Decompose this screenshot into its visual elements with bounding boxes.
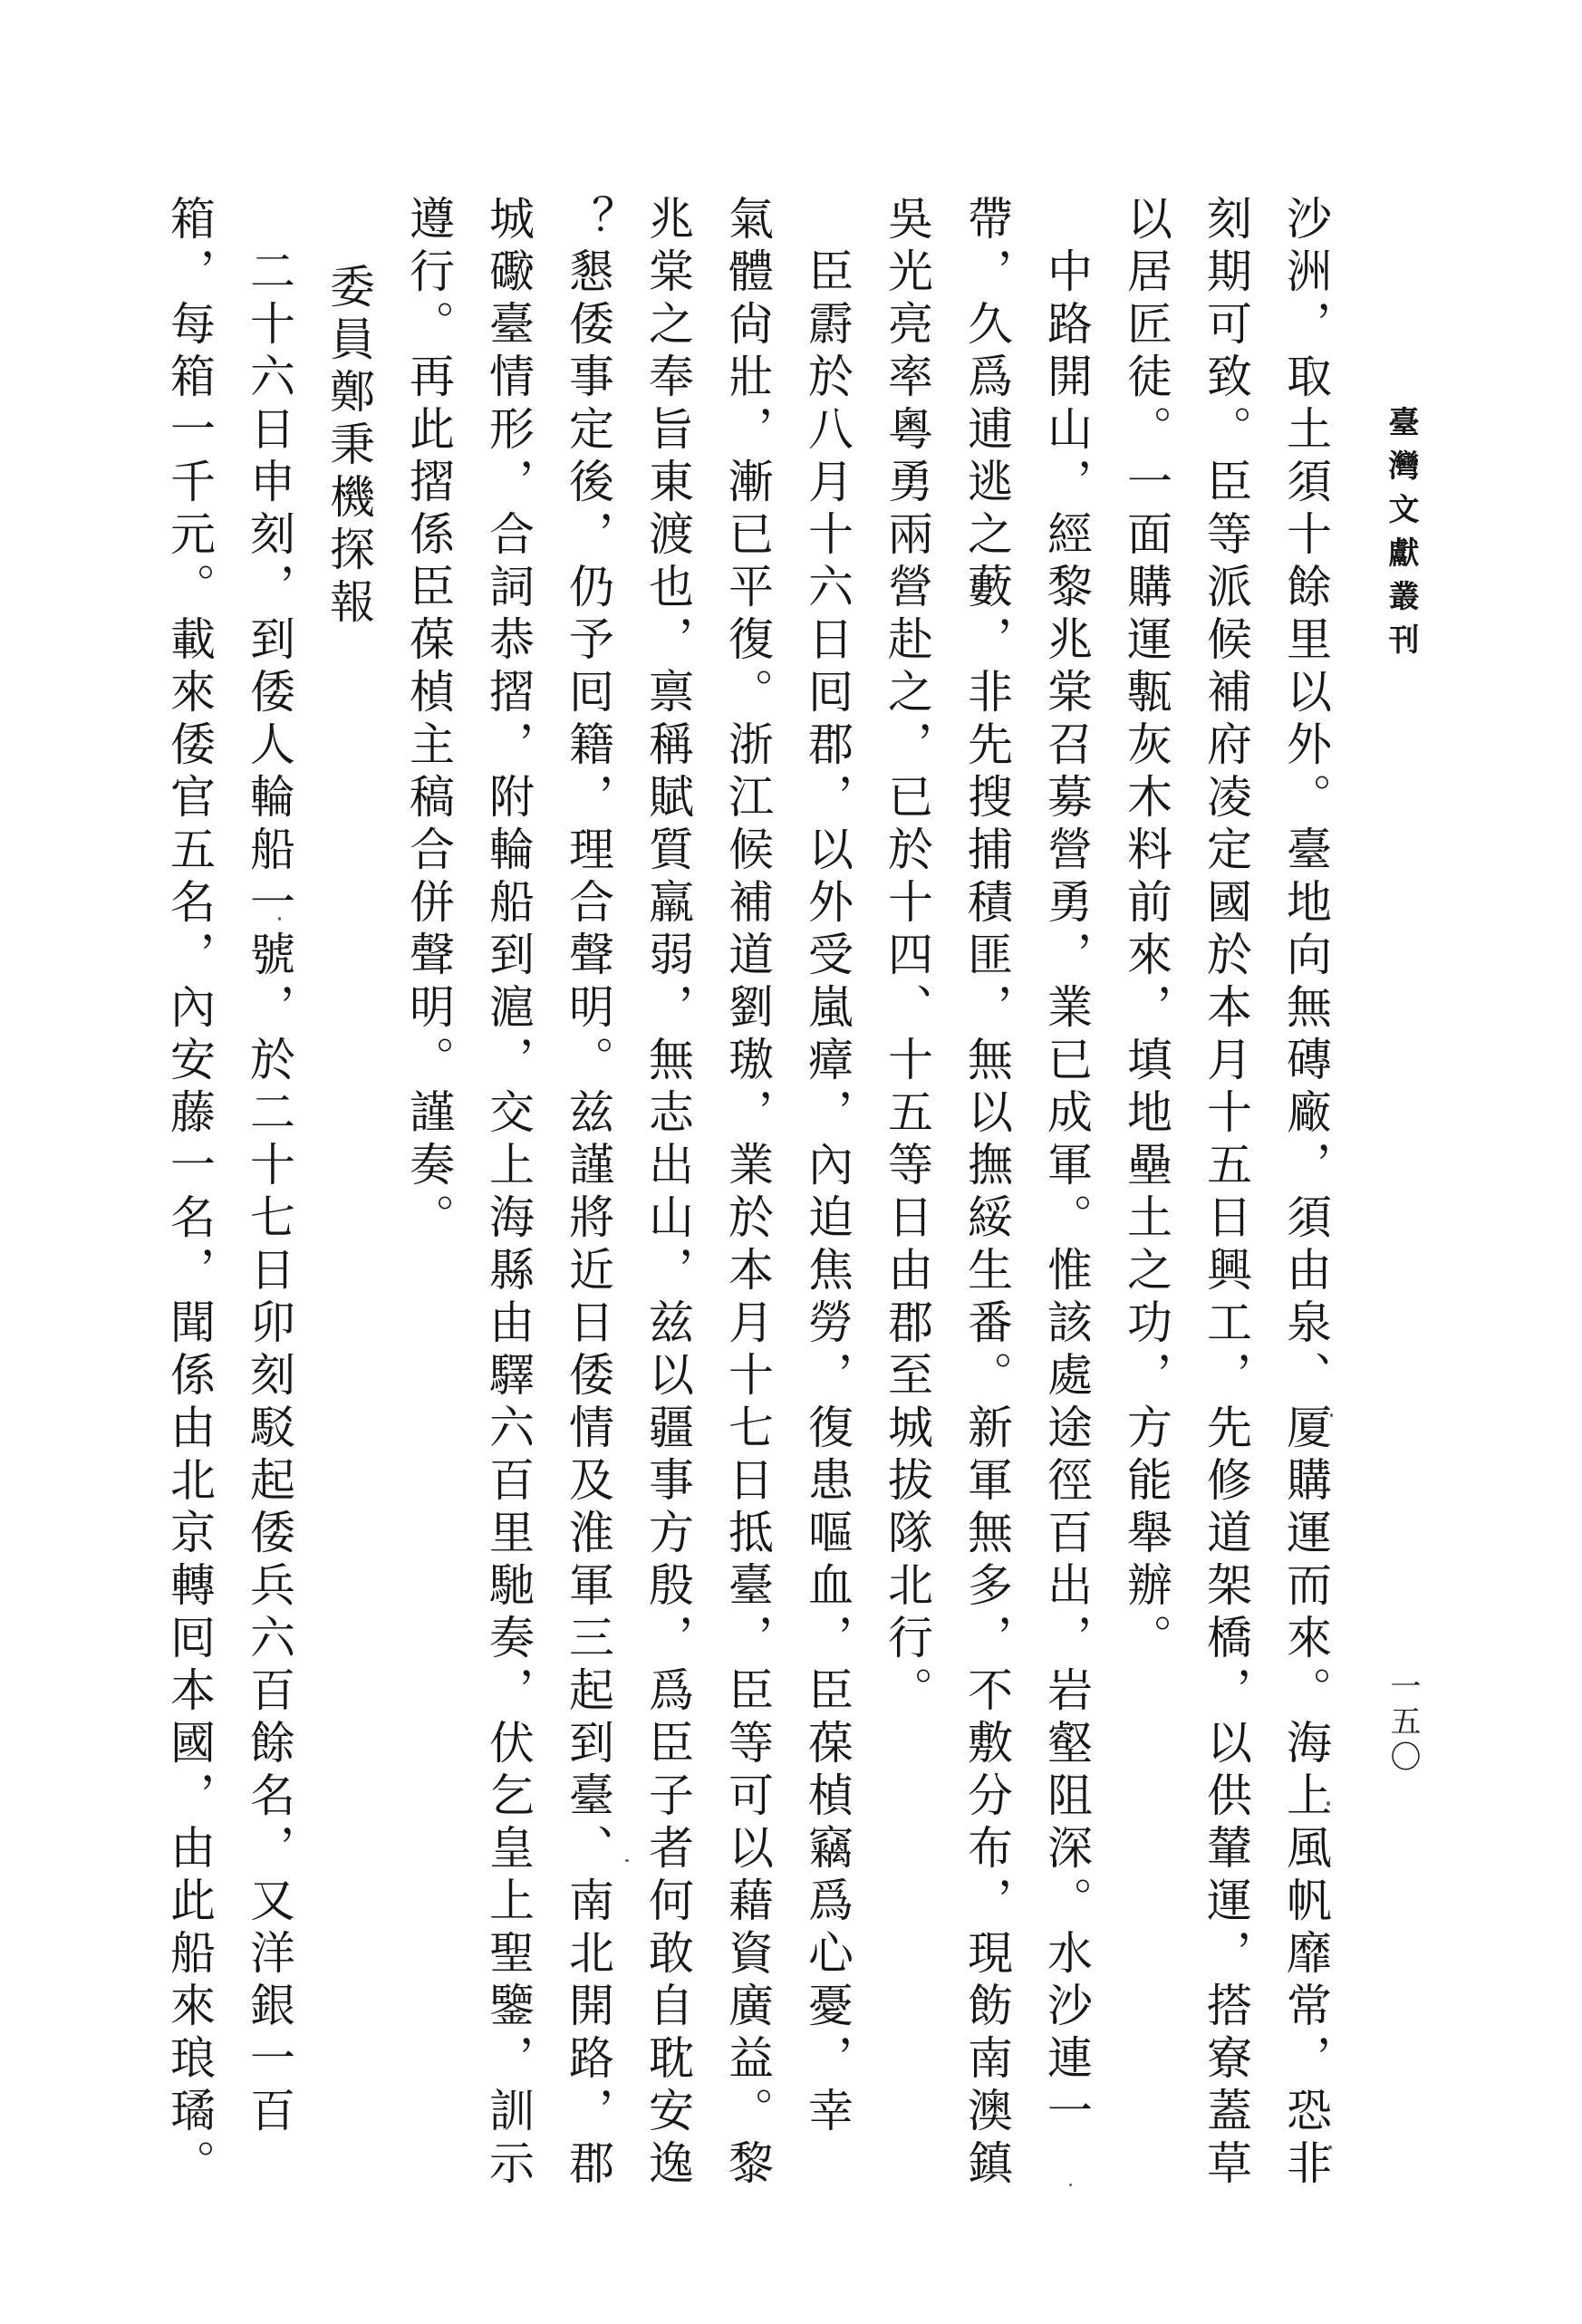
text-column: 遵行。再此摺係臣葆楨主稿合併聲明。謹奏。: [389, 195, 468, 2261]
section-heading: 委員鄭秉機探報: [309, 195, 389, 2261]
text-column: 帶，久爲逋逃之藪，非先搜捕積匪，無以撫綏生番。新軍無多，不敷分布，現飭南澳鎮: [947, 195, 1027, 2261]
text-column: 城礮臺情形，合詞恭摺，附輪船到滬，交上海縣由驛六百里馳奏，伏乞皇上聖鑒，訓示: [468, 195, 548, 2261]
scan-speck: [1069, 2184, 1072, 2186]
text-column: 吳光亮率粵勇兩營赴之，已於十四、十五等日由郡至城拔隊北行。: [867, 195, 947, 2261]
text-column: 以居匠徒。一面購運甎灰木料前來，填地壘土之功，方能舉辦。: [1106, 195, 1186, 2261]
scan-speck: [1326, 1801, 1330, 1806]
page-number: 一五〇: [1380, 1670, 1424, 1776]
text-column: ？懇倭事定後，仍予囘籍，理合聲明。兹謹將近日倭情及淮軍三起到臺、南北開路，郡: [548, 195, 628, 2261]
scan-speck: [1330, 1413, 1333, 1417]
text-column: 沙洲，取土須十餘里以外。臺地向無磚廠，須由泉、厦購運而來。海上風帆靡常，恐非: [1266, 195, 1346, 2261]
text-column: 兆棠之奉旨東渡也，禀稱賦質羸弱，無志出山，兹以疆事方殷，爲臣子者何敢自耽安逸: [628, 195, 708, 2261]
text-block: 沙洲，取土須十餘里以外。臺地向無磚廠，須由泉、厦購運而來。海上風帆靡常，恐非 刻…: [150, 195, 1346, 2261]
text-column: 臣霨於八月十六日囘郡，以外受嵐瘴，內迫焦勞，復患嘔血，臣葆楨竊爲心憂，幸: [787, 195, 867, 2261]
text-column: 氣體尙壯，漸已平復。浙江候補道劉璈，業於本月十七日抵臺，臣等可以藉資廣益。黎: [708, 195, 787, 2261]
scan-speck: [278, 917, 281, 921]
text-column: 中路開山，經黎兆棠召募營勇，業已成軍。惟該處途徑百出，岩壑阻深。水沙連一: [1027, 195, 1106, 2261]
text-column: 刻期可致。臣等派候補府凌定國於本月十五日興工，先修道架橋，以供輦運，搭寮蓋草: [1186, 195, 1266, 2261]
series-title: 臺灣文獻叢刊: [1378, 406, 1423, 667]
text-column: 箱，每箱一千元。載來倭官五名，內安藤一名，聞係由北京轉囘本國，由此船來琅璚。: [150, 195, 229, 2261]
scan-speck: [625, 1859, 629, 1862]
scan-speck: [1328, 2146, 1332, 2149]
scanned-page: 臺灣文獻叢刊 一五〇 沙洲，取土須十餘里以外。臺地向無磚廠，須由泉、厦購運而來。…: [0, 0, 1582, 2324]
text-column: 二十六日申刻，到倭人輪船一號，於二十七日卯刻駁起倭兵六百餘名，又洋銀一百: [229, 195, 309, 2261]
